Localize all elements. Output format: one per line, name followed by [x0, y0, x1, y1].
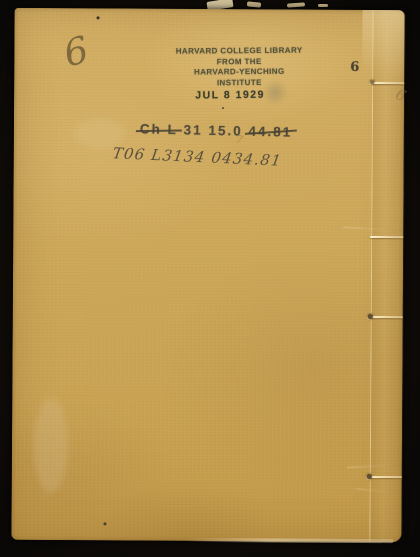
pencil-number-mark: 6	[60, 28, 93, 75]
call-number-struck-suffix: 44.81	[248, 124, 292, 140]
paper-stain	[34, 398, 69, 493]
dark-speck	[97, 16, 100, 19]
library-stamp: HARVARD COLLEGE LIBRARY FROM THE HARVARD…	[164, 46, 314, 90]
binding-knot	[370, 80, 374, 84]
torn-paper-fragment	[247, 1, 261, 7]
binding-knot	[368, 314, 373, 319]
dark-speck	[103, 522, 106, 525]
dark-speck	[222, 107, 224, 109]
call-number-stamped: Ch L 31 15.0 44.81	[140, 121, 293, 139]
scan-stage: 6 6 6 7 HARVARD COLLEGE LIBRARY FROM THE…	[0, 0, 420, 557]
binding-stitch-thread	[370, 236, 403, 238]
call-number-handwritten: T06 L3134 0434.81	[111, 144, 283, 169]
date-stamp: JUL 8 1929	[164, 88, 296, 101]
call-number-struck-prefix: Ch L	[140, 121, 178, 137]
call-number-middle: 31 15.0	[183, 122, 242, 138]
bottom-edge-wear	[186, 538, 393, 543]
torn-paper-fragment	[287, 2, 305, 7]
binding-stitch-thread	[369, 476, 402, 478]
printed-page-number: 6	[350, 60, 359, 75]
binding-stitch-thread	[370, 316, 403, 318]
library-stamp-line1: HARVARD COLLEGE LIBRARY	[164, 46, 314, 58]
binding-knot	[367, 474, 372, 479]
book-cover: 6 6 6 7 HARVARD COLLEGE LIBRARY FROM THE…	[11, 8, 404, 542]
torn-paper-fragment	[318, 4, 328, 7]
